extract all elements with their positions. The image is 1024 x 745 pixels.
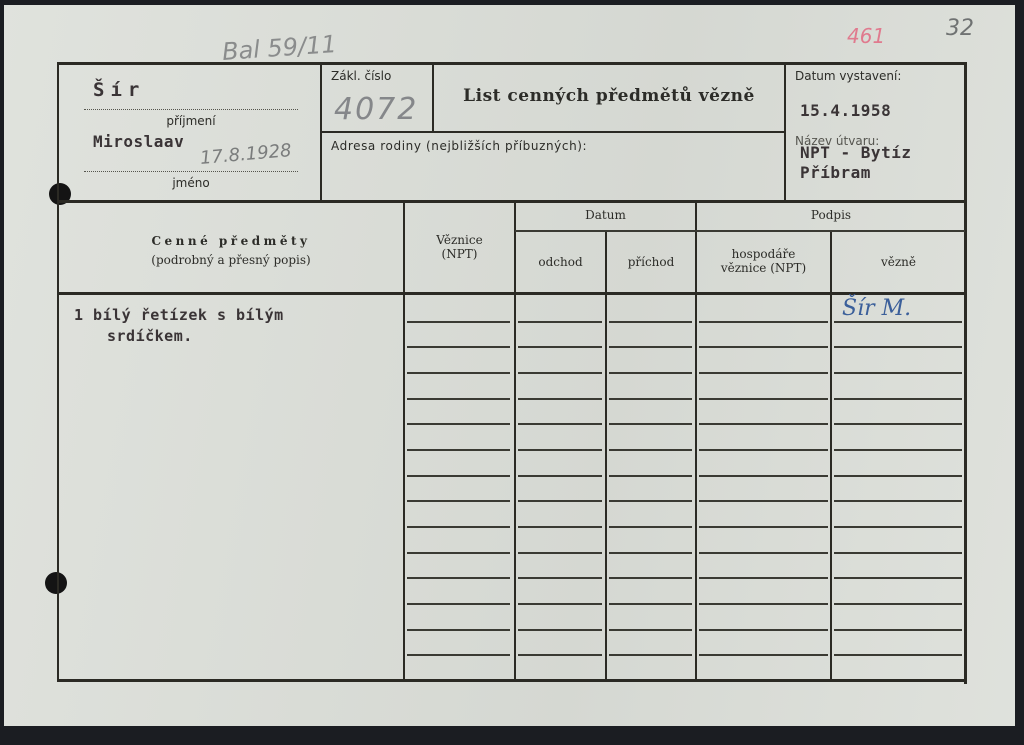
- column-header-arrival: příchod: [607, 255, 695, 269]
- unit-name-value-line1: NPT - Bytíz: [800, 143, 911, 162]
- table-row-line: [699, 372, 828, 374]
- table-row-line: [518, 475, 602, 477]
- table-row-line: [518, 423, 602, 425]
- table-row-line: [834, 603, 962, 605]
- prisoner-signature: Šír M.: [842, 296, 911, 321]
- table-row-line: [407, 526, 510, 528]
- table-row-line: [407, 629, 510, 631]
- item-description-line1: 1 bílý řetízek s bílým: [74, 306, 284, 324]
- table-row-line: [834, 398, 962, 400]
- table-row-line: [407, 321, 510, 323]
- form-title: List cenných předmětů vězně: [434, 86, 784, 106]
- table-row-line: [407, 449, 510, 451]
- divider: [320, 131, 785, 133]
- table-row-line: [699, 603, 828, 605]
- table-row-line: [518, 526, 602, 528]
- base-number-value: 4072: [334, 92, 418, 127]
- column-header-items-subtitle: (podrobný a přesný popis): [59, 253, 403, 267]
- table-row-line: [834, 372, 962, 374]
- column-header-prison: Věznice (NPT): [405, 233, 514, 261]
- table-row-line: [834, 654, 962, 656]
- table-row-line: [609, 500, 692, 502]
- table-row-line: [407, 500, 510, 502]
- column-header-items-title: Cenné předměty: [59, 234, 403, 248]
- table-row-line: [699, 321, 828, 323]
- table-row-line: [699, 654, 828, 656]
- first-name-dotted-line: [84, 171, 298, 172]
- table-row-line: [699, 500, 828, 502]
- base-number-label: Zákl. číslo: [331, 69, 391, 83]
- group-header-divider: [515, 230, 965, 232]
- table-row-line: [518, 654, 602, 656]
- table-row-line: [518, 603, 602, 605]
- column-group-date: Datum: [516, 208, 695, 222]
- table-row-line: [834, 552, 962, 554]
- first-name-value: Miroslaav: [93, 132, 184, 151]
- frame-left: [57, 62, 59, 682]
- frame-right: [964, 62, 967, 684]
- table-row-line: [609, 398, 692, 400]
- table-row-line: [609, 423, 692, 425]
- table-row-line: [834, 475, 962, 477]
- table-row-line: [518, 398, 602, 400]
- column-divider: [605, 231, 607, 681]
- item-description-line2: srdíčkem.: [107, 327, 193, 345]
- table-row-line: [699, 346, 828, 348]
- table-row-line: [518, 629, 602, 631]
- table-row-line: [407, 475, 510, 477]
- table-row-line: [518, 372, 602, 374]
- table-row-line: [699, 449, 828, 451]
- divider: [57, 200, 966, 203]
- table-row-line: [609, 526, 692, 528]
- table-row-line: [407, 577, 510, 579]
- table-row-line: [407, 552, 510, 554]
- table-row-line: [609, 346, 692, 348]
- table-row-line: [699, 552, 828, 554]
- red-number-annotation: 461: [847, 24, 885, 48]
- table-row-line: [518, 500, 602, 502]
- column-divider: [514, 201, 516, 681]
- column-divider: [403, 201, 405, 681]
- unit-name-value-line2: Příbram: [800, 163, 871, 182]
- table-row-line: [609, 654, 692, 656]
- table-row-line: [834, 449, 962, 451]
- table-row-line: [518, 449, 602, 451]
- surname-label: příjmení: [84, 114, 298, 128]
- punch-hole-bottom: [45, 572, 67, 594]
- header-bottom-divider: [57, 292, 966, 295]
- table-row-line: [609, 552, 692, 554]
- table-row-line: [834, 629, 962, 631]
- table-row-line: [699, 423, 828, 425]
- frame-top: [57, 62, 966, 65]
- table-row-line: [407, 346, 510, 348]
- column-group-signature: Podpis: [697, 208, 965, 222]
- table-row-line: [699, 475, 828, 477]
- table-row-line: [699, 526, 828, 528]
- table-row-line: [834, 577, 962, 579]
- table-row-line: [407, 654, 510, 656]
- table-row-line: [699, 398, 828, 400]
- table-row-line: [699, 629, 828, 631]
- table-row-line: [609, 629, 692, 631]
- column-header-prisoner-signature: vězně: [832, 255, 965, 269]
- page-number: 32: [946, 16, 974, 41]
- table-row-line: [407, 398, 510, 400]
- family-address-label: Adresa rodiny (nejbližších příbuzných):: [331, 139, 587, 153]
- table-row-line: [609, 372, 692, 374]
- first-name-label: jméno: [84, 176, 298, 190]
- table-row-line: [518, 577, 602, 579]
- table-row-line: [609, 449, 692, 451]
- column-header-departure: odchod: [516, 255, 605, 269]
- table-row-line: [609, 577, 692, 579]
- table-row-line: [834, 321, 962, 323]
- table-row-line: [609, 321, 692, 323]
- table-row-line: [834, 346, 962, 348]
- table-row-line: [518, 346, 602, 348]
- table-row-line: [407, 603, 510, 605]
- table-row-line: [407, 372, 510, 374]
- table-row-line: [834, 423, 962, 425]
- surname-value: Šír: [93, 79, 145, 101]
- column-header-steward-signature: hospodáře věznice (NPT): [697, 247, 830, 275]
- table-row-line: [609, 603, 692, 605]
- table-row-line: [834, 526, 962, 528]
- table-row-line: [407, 423, 510, 425]
- issue-date-value: 15.4.1958: [800, 101, 891, 120]
- issue-date-label: Datum vystavení:: [795, 69, 901, 83]
- table-row-line: [518, 321, 602, 323]
- table-row-line: [699, 577, 828, 579]
- surname-dotted-line: [84, 109, 298, 110]
- table-row-line: [518, 552, 602, 554]
- table-row-line: [609, 475, 692, 477]
- column-divider: [830, 231, 832, 681]
- table-row-line: [834, 500, 962, 502]
